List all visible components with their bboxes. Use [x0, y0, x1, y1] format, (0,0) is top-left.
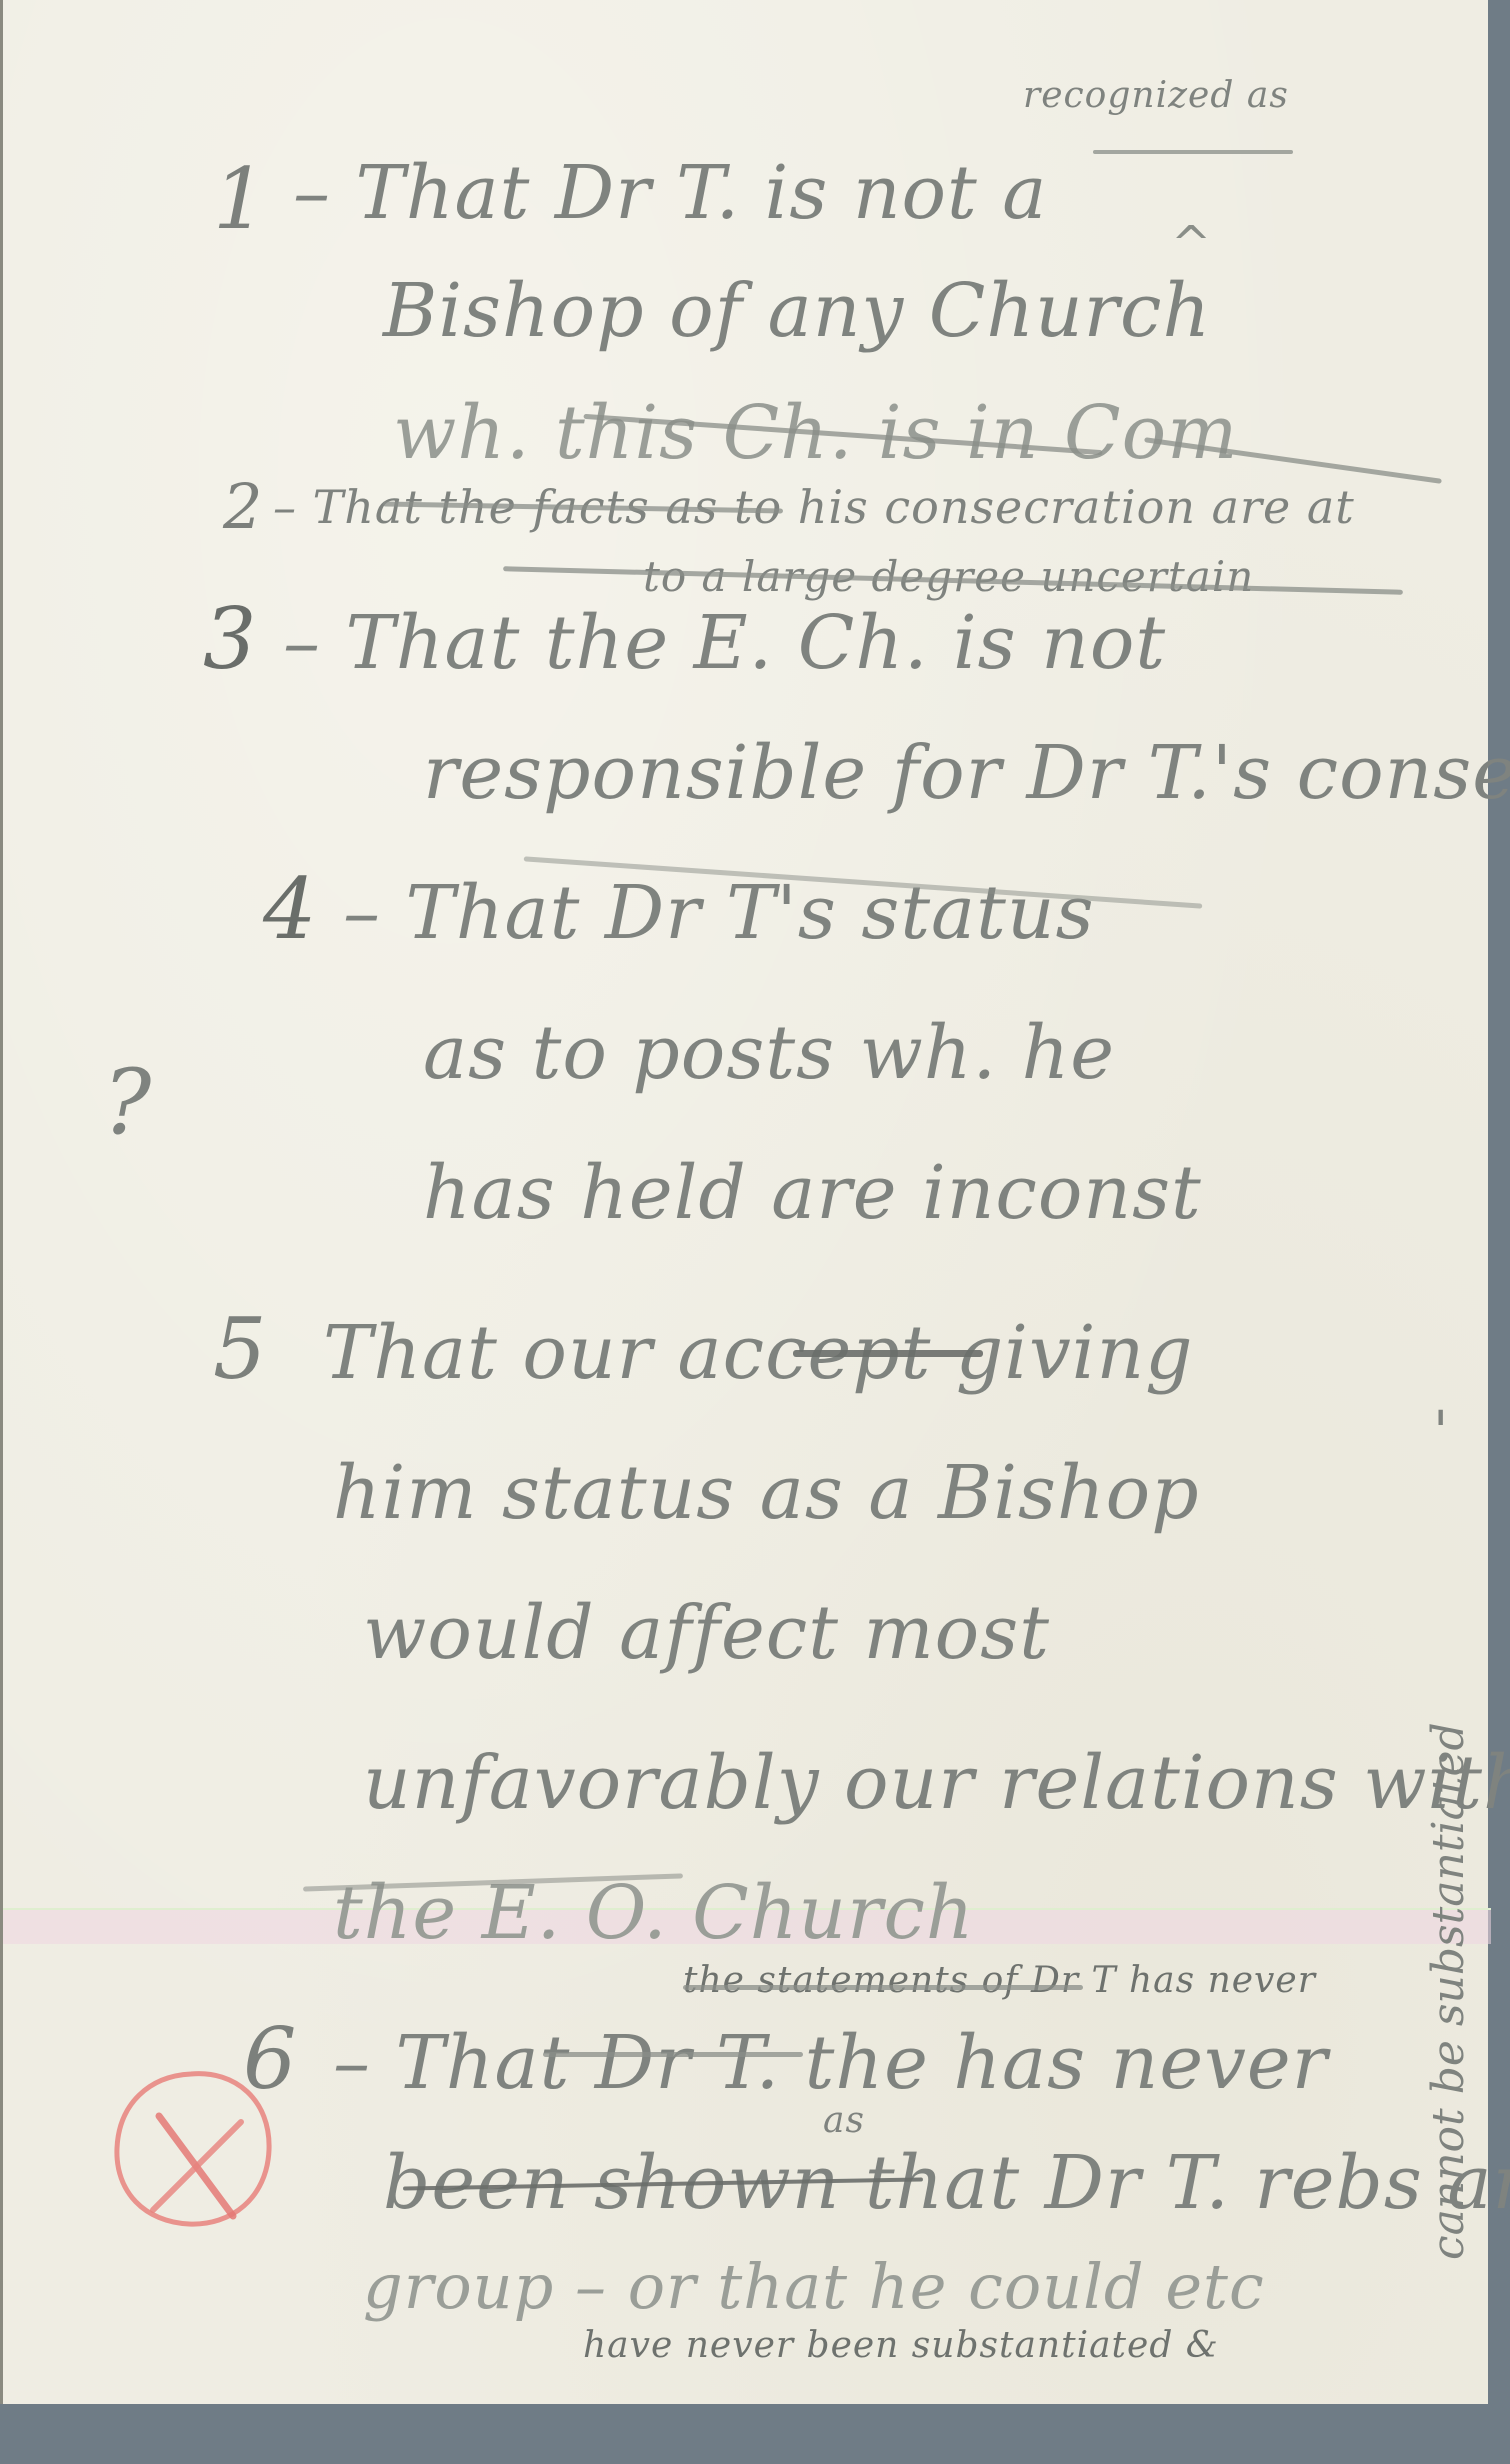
margin-tick: ' — [1433, 1400, 1449, 1465]
item-number-5: 5 — [213, 1300, 266, 1398]
item-6-line-1: – That Dr T. the has never — [333, 2020, 1328, 2106]
red-circled-x-icon — [103, 2060, 279, 2236]
insertion-underline — [1093, 150, 1293, 154]
margin-question-mark: ? — [103, 1050, 152, 1155]
item-6-insertion-above: the statements of Dr T has never — [683, 1960, 1316, 2001]
item-3-line-2: responsible for Dr T.'s consec — [423, 730, 1510, 816]
item-5-line-1: That our accept giving — [323, 1310, 1193, 1396]
item-6-insertion-strike — [683, 1985, 1083, 1990]
item-6-line-3: group – or that he could etc — [363, 2250, 1265, 2323]
item-1-line-1: – That Dr T. is not a — [293, 150, 1047, 236]
item-3-line-1: – That the E. Ch. is not — [283, 600, 1166, 686]
item-5-line-2: him status as a Bishop — [333, 1450, 1200, 1536]
item-5-line-4: unfavorably our relations with — [363, 1740, 1510, 1826]
item-1-insertion: recognized as — [1023, 75, 1289, 116]
insertion-caret: ^ — [1171, 216, 1211, 272]
item-number-4: 4 — [263, 860, 316, 958]
item-number-3: 3 — [203, 590, 256, 688]
item-6-strike-1 — [543, 2052, 803, 2057]
item-4-line-3: has held are inconst — [423, 1150, 1202, 1236]
item-number-2: 2 — [223, 470, 262, 543]
item-4-line-2: as to posts wh. he — [423, 1010, 1115, 1096]
item-6-line-4: have never been substantiated & — [583, 2325, 1219, 2366]
item-6-as: as — [823, 2100, 865, 2141]
item-number-1: 1 — [213, 150, 266, 248]
vertical-margin-note: cannot be substantiated — [1423, 1722, 1474, 2260]
item-5-struck-word — [793, 1350, 983, 1357]
item-4-line-1: – That Dr T's status — [343, 870, 1095, 956]
item-1-line-2: Bishop of any Church — [383, 268, 1211, 354]
item-5-line-3: would affect most — [363, 1590, 1050, 1676]
manuscript-page: 1 recognized as – That Dr T. is not a ^ … — [0, 0, 1488, 2404]
